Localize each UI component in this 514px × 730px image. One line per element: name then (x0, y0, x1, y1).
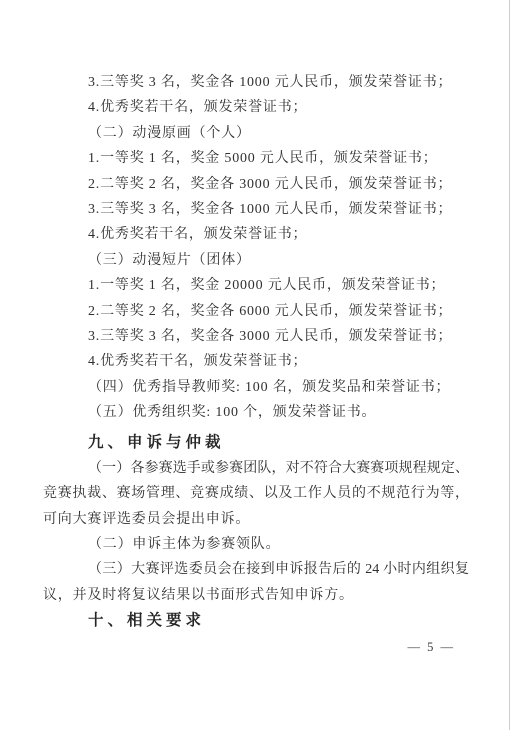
doc-line: 2.二等奖 2 名，奖金各 3000 元人民币，颁发荣誉证书； (43, 172, 469, 197)
doc-line: 3.三等奖 3 名，奖金各 1000 元人民币，颁发荣誉证书； (43, 70, 469, 95)
doc-line: 可向大赛评选委员会提出申诉。 (43, 507, 469, 532)
doc-line: （五）优秀组织奖: 100 个，颁发荣誉证书。 (43, 400, 469, 425)
doc-line: 4.优秀奖若干名，颁发荣誉证书； (43, 222, 469, 247)
document-text-block: 3.三等奖 3 名，奖金各 1000 元人民币，颁发荣誉证书； 4.优秀奖若干名… (43, 70, 469, 634)
doc-line: （三）大赛评选委员会在接到申诉报告后的 24 小时内组织复 (43, 557, 469, 582)
doc-line: 4.优秀奖若干名，颁发荣誉证书； (43, 95, 469, 120)
doc-line: （二）申诉主体为参赛领队。 (43, 532, 469, 557)
section-heading: 十、相关要求 (43, 608, 469, 633)
document-page: 3.三等奖 3 名，奖金各 1000 元人民币，颁发荣誉证书； 4.优秀奖若干名… (0, 0, 514, 730)
doc-line: （四）优秀指导教师奖: 100 名，颁发奖品和荣誉证书； (43, 375, 469, 400)
page-right-edge-line (509, 0, 510, 730)
doc-line: 竞赛执裁、赛场管理、竞赛成绩、以及工作人员的不规范行为等， (43, 481, 469, 506)
doc-line: 1.一等奖 1 名，奖金 5000 元人民币，颁发荣誉证书； (43, 146, 469, 171)
doc-line: 4.优秀奖若干名，颁发荣誉证书； (43, 349, 469, 374)
doc-line: 2.二等奖 2 名，奖金各 6000 元人民币，颁发荣誉证书； (43, 299, 469, 324)
doc-line: 1.一等奖 1 名，奖金 20000 元人民币，颁发荣誉证书； (43, 273, 469, 298)
doc-line: （一）各参赛选手或参赛团队，对不符合大赛赛项规程规定、 (43, 456, 469, 481)
doc-line: （三）动漫短片（团体） (43, 248, 469, 273)
doc-line: 3.三等奖 3 名，奖金各 1000 元人民币，颁发荣誉证书； (43, 197, 469, 222)
doc-line: （二）动漫原画（个人） (43, 121, 469, 146)
doc-line: 3.三等奖 3 名，奖金各 3000 元人民币，颁发荣誉证书； (43, 324, 469, 349)
section-heading: 九、申诉与仲裁 (43, 430, 469, 455)
page-number: — 5 — (408, 640, 456, 654)
doc-line: 议，并及时将复议结果以书面形式告知申诉方。 (43, 583, 469, 608)
